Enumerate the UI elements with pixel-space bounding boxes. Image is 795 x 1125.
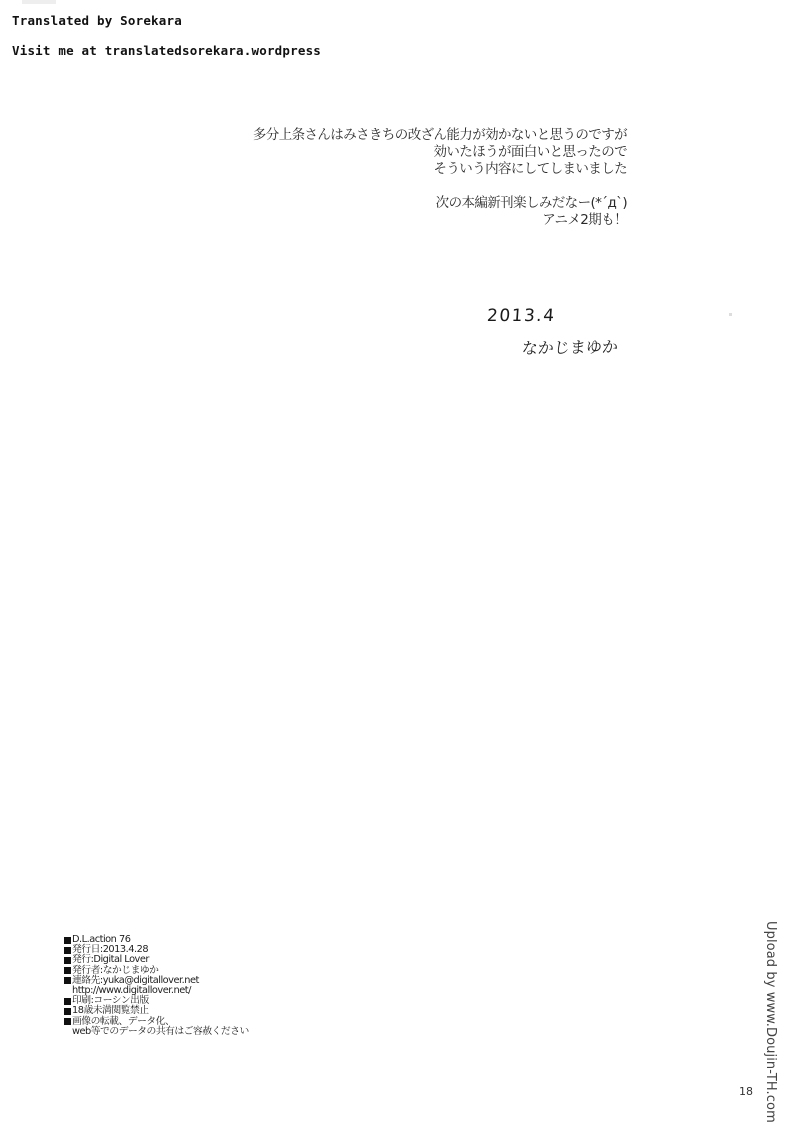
handwritten-date: 2013.4: [486, 306, 556, 326]
colophon: D.L.action 76 発行日:2013.4.28 発行:Digital L…: [64, 935, 249, 1037]
afterword-paragraph-2: 次の本編新刊楽しみだなー(*´д`) アニメ2期も！: [253, 195, 627, 229]
afterword-line: 次の本編新刊楽しみだなー(*´д`): [253, 195, 627, 212]
square-bullet-icon: [64, 937, 71, 944]
upload-watermark: Upload by www.Doujin-TH.com: [763, 921, 778, 1123]
translator-credit: Translated by Sorekara: [12, 13, 182, 28]
page-number: 18: [739, 1085, 753, 1098]
square-bullet-icon: [64, 1008, 71, 1015]
square-bullet-icon: [64, 957, 71, 964]
translator-site-credit: Visit me at translatedsorekara.wordpress: [12, 43, 321, 58]
afterword-line: そういう内容にしてしまいました: [253, 161, 627, 178]
square-bullet-icon: [64, 967, 71, 974]
colophon-text: web等でのデータの共有はご容赦ください: [72, 1027, 249, 1037]
top-smudge: [22, 0, 56, 4]
afterword-message: 多分上条さんはみさきちの改ざん能力が効かないと思うのですが 効いたほうが面白いと…: [253, 127, 627, 229]
scan-speck: [729, 313, 732, 316]
handwritten-author-signature: なかじまゆか: [521, 334, 619, 359]
afterword-paragraph-1: 多分上条さんはみさきちの改ざん能力が効かないと思うのですが 効いたほうが面白いと…: [253, 127, 627, 178]
square-bullet-icon: [64, 1018, 71, 1025]
afterword-line: 効いたほうが面白いと思ったので: [253, 144, 627, 161]
afterword-line: 多分上条さんはみさきちの改ざん能力が効かないと思うのですが: [253, 127, 627, 144]
colophon-item-continued: web等でのデータの共有はご容赦ください: [64, 1027, 249, 1037]
square-bullet-icon: [64, 998, 71, 1005]
square-bullet-icon: [64, 947, 71, 954]
afterword-line: アニメ2期も！: [253, 212, 627, 229]
square-bullet-icon: [64, 977, 71, 984]
